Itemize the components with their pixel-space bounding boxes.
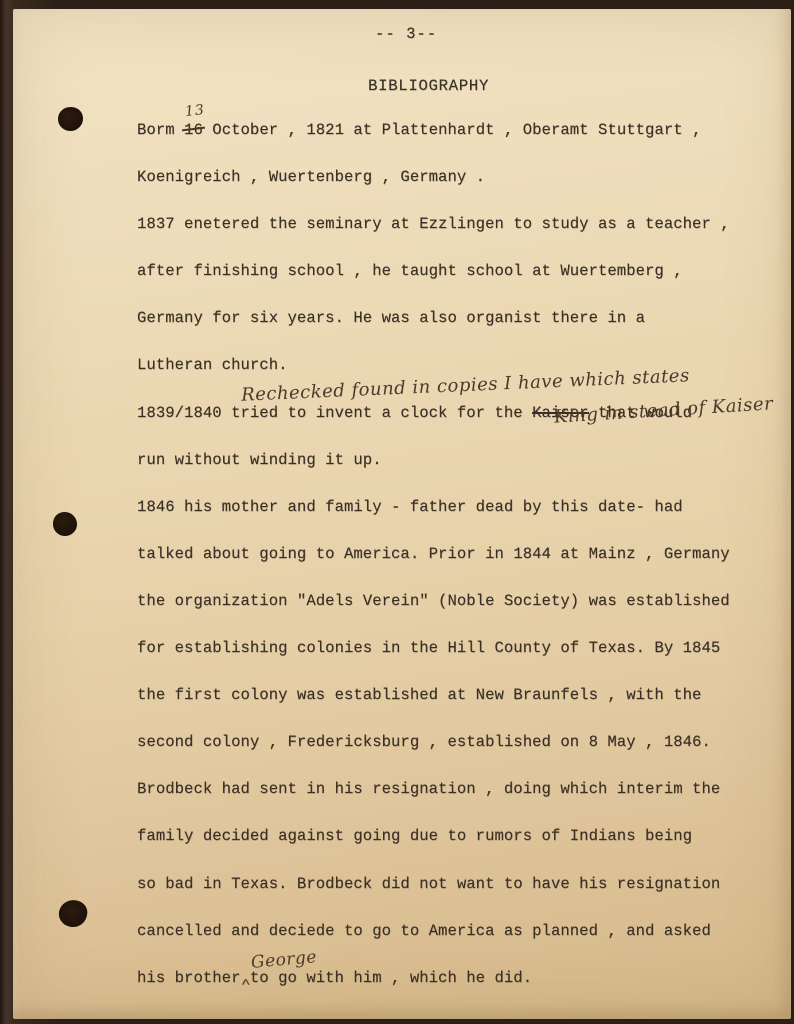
page-number: -- 3--: [375, 25, 437, 43]
typed-line: for establishing colonies in the Hill Co…: [137, 639, 777, 686]
handwritten-correction: 13: [184, 102, 205, 120]
typed-line: after finishing school , he taught schoo…: [137, 262, 777, 309]
typed-line: run without winding it up.: [137, 451, 777, 498]
struck-out-text: 1613: [184, 121, 203, 139]
typed-line: Brodbeck had sent in his resignation , d…: [137, 780, 777, 827]
punch-hole-middle: [53, 512, 77, 536]
punch-hole-bottom: [56, 897, 90, 930]
typed-lines: Borm 1613 October , 1821 at Plattenhardt…: [137, 121, 777, 1016]
typed-line: Borm 1613 October , 1821 at Plattenhardt…: [137, 121, 777, 168]
typed-text: cancelled and deciede to go to America a…: [137, 922, 711, 940]
typed-text: his brother: [137, 969, 241, 987]
typed-line: Germany for six years. He was also organ…: [137, 309, 777, 356]
typed-text: the first colony was established at New …: [137, 686, 701, 704]
typed-text: for establishing colonies in the Hill Co…: [137, 639, 720, 657]
document-heading: BIBLIOGRAPHY: [368, 77, 489, 95]
typed-text: 1846 his mother and family - father dead…: [137, 498, 683, 516]
typed-text: to go with him , which he did.: [250, 969, 532, 987]
typed-line: the organization "Adels Verein" (Noble S…: [137, 592, 777, 639]
typed-text: Lutheran church.: [137, 356, 288, 374]
typed-line: 1837 enetered the seminary at Ezzlingen …: [137, 215, 777, 262]
typed-text: Borm: [137, 121, 184, 139]
typed-line: family decided against going due to rumo…: [137, 827, 777, 874]
typed-line: talked about going to America. Prior in …: [137, 545, 777, 592]
typed-line: 1846 his mother and family - father dead…: [137, 498, 777, 545]
typed-text: 1839/1840 tried to invent a clock for th…: [137, 404, 532, 422]
typed-line: his brother^to go with him , which he di…: [137, 969, 777, 1016]
typed-line: the first colony was established at New …: [137, 686, 777, 733]
typed-text: talked about going to America. Prior in …: [137, 545, 730, 563]
typed-text: after finishing school , he taught schoo…: [137, 262, 683, 280]
typed-text: Germany for six years. He was also organ…: [137, 309, 645, 327]
typed-line: second colony , Fredericksburg , establi…: [137, 733, 777, 780]
typed-text: Brodbeck had sent in his resignation , d…: [137, 780, 720, 798]
typed-line: cancelled and deciede to go to America a…: [137, 922, 777, 969]
scanned-page-photo: -- 3-- BIBLIOGRAPHY Borm 1613 October , …: [0, 0, 794, 1024]
typed-text: run without winding it up.: [137, 451, 382, 469]
typed-text: October , 1821 at Plattenhardt , Oberamt…: [203, 121, 702, 139]
typed-line: so bad in Texas. Brodbeck did not want t…: [137, 875, 777, 922]
insertion-caret: ^: [239, 977, 251, 991]
typed-text: so bad in Texas. Brodbeck did not want t…: [137, 875, 720, 893]
typed-line: Koenigreich , Wuertenberg , Germany .: [137, 168, 777, 215]
typed-text: second colony , Fredericksburg , establi…: [137, 733, 711, 751]
typed-text: 1837 enetered the seminary at Ezzlingen …: [137, 215, 730, 233]
typed-text: the organization "Adels Verein" (Noble S…: [137, 592, 730, 610]
typed-text: Koenigreich , Wuertenberg , Germany .: [137, 168, 485, 186]
paper-sheet: -- 3-- BIBLIOGRAPHY Borm 1613 October , …: [13, 9, 791, 1019]
typed-text: family decided against going due to rumo…: [137, 827, 692, 845]
punch-hole-top: [58, 107, 83, 131]
